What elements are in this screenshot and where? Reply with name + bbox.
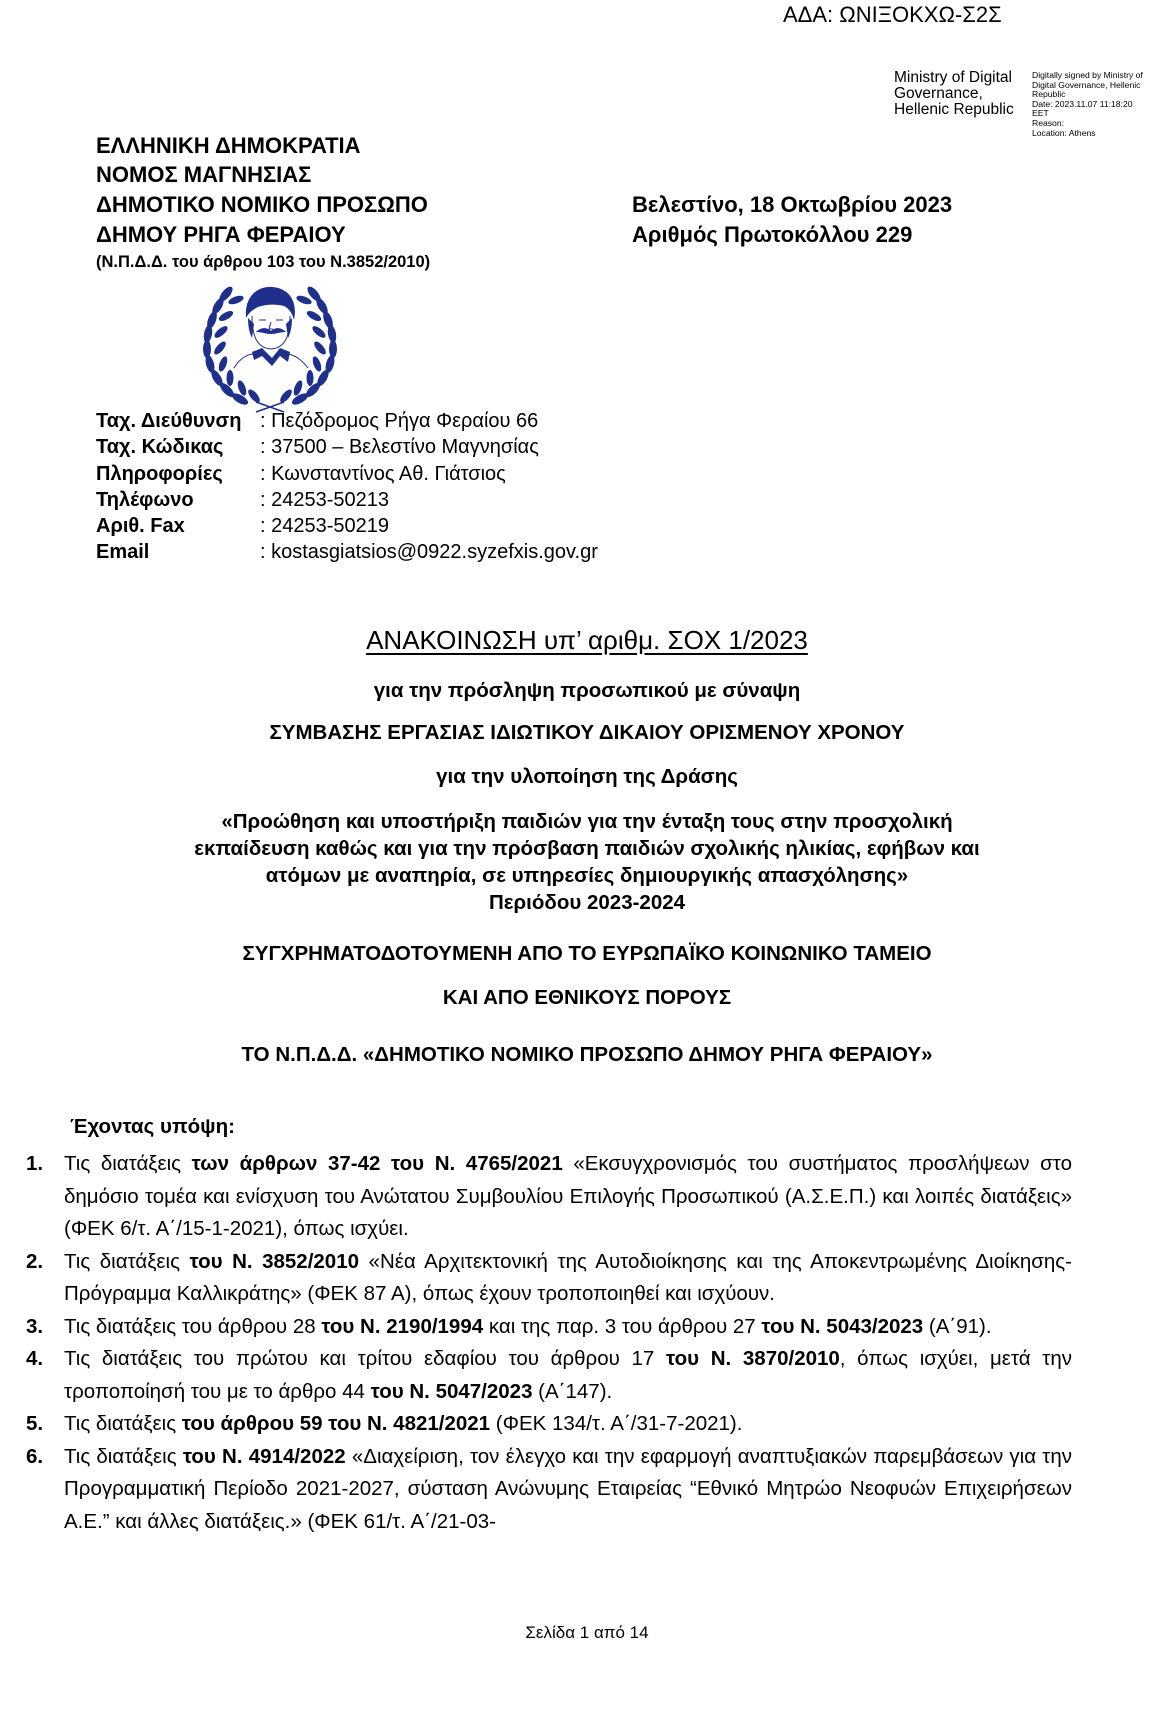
list-item-number: 5. [26, 1408, 64, 1441]
announcement-line: ΣΥΜΒΑΣΗΣ ΕΡΓΑΣΙΑΣ ΙΔΙΩΤΙΚΟΥ ΔΙΚΑΙΟΥ ΟΡΙΣ… [0, 721, 1174, 745]
contact-block: Ταχ. Διεύθυνση : Πεζόδρομος Ρήγα Φεραίου… [96, 408, 598, 566]
list-item-number: 2. [26, 1246, 64, 1311]
considering-heading: Έχοντας υπόψη: [70, 1115, 235, 1139]
header-line: ΔΗΜΟΤΙΚΟ ΝΟΜΙΚΟ ΠΡΟΣΩΠΟ [96, 192, 428, 218]
announcement-title: ΑΝΑΚΟΙΝΩΣΗ υπ’ αριθμ. ΣΟΧ 1/2023 [0, 625, 1174, 656]
contact-label: Πληροφορίες [96, 461, 260, 487]
signature-details: Digitally signed by Ministry of Digital … [1032, 71, 1143, 138]
contact-label: Email [96, 539, 260, 565]
project-title: «Προώθηση και υποστήριξη παιδιών για την… [0, 808, 1174, 916]
protocol-number: Αριθμός Πρωτοκόλλου 229 [632, 222, 912, 248]
list-item: 2.Τις διατάξεις του Ν. 3852/2010 «Νέα Αρ… [26, 1246, 1072, 1311]
contact-value: : 24253-50219 [260, 513, 389, 539]
project-title-line: εκπαίδευση καθώς και για την πρόσβαση πα… [0, 835, 1174, 862]
project-title-line: «Προώθηση και υποστήριξη παιδιών για την… [0, 808, 1174, 835]
announcement-title-text: ΑΝΑΚΟΙΝΩΣΗ υπ’ αριθμ. ΣΟΧ 1/2023 [366, 625, 808, 655]
list-item-text: Τις διατάξεις των άρθρων 37-42 του Ν. 47… [64, 1148, 1072, 1246]
contact-label: Ταχ. Διεύθυνση [96, 408, 260, 434]
laurel-portrait-icon [196, 276, 344, 414]
announcement-line: για την πρόσληψη προσωπικού με σύναψη [0, 679, 1174, 703]
ada-code: ΑΔΑ: ΩΝΙΞΟΚΧΩ-Σ2Σ [783, 2, 1002, 28]
list-item-text: Τις διατάξεις του Ν. 3852/2010 «Νέα Αρχι… [64, 1246, 1072, 1311]
contact-row-address: Ταχ. Διεύθυνση : Πεζόδρομος Ρήγα Φεραίου… [96, 408, 598, 434]
header-line: ΝΟΜΟΣ ΜΑΓΝΗΣΙΑΣ [96, 162, 311, 188]
contact-row-phone: Τηλέφωνο : 24253-50213 [96, 487, 598, 513]
contact-label: Τηλέφωνο [96, 487, 260, 513]
project-title-line: ατόμων με αναπηρία, σε υπηρεσίες δημιουρ… [0, 862, 1174, 889]
list-item: 5.Τις διατάξεις του άρθρου 59 του Ν. 482… [26, 1408, 1072, 1441]
list-item-text: Τις διατάξεις του άρθρου 28 του Ν. 2190/… [64, 1311, 1072, 1344]
page-footer: Σελίδα 1 από 14 [0, 1623, 1174, 1643]
contact-label: Αριθ. Fax [96, 513, 260, 539]
list-item-number: 1. [26, 1148, 64, 1246]
list-item: 6.Τις διατάξεις του Ν. 4914/2022 «Διαχεί… [26, 1441, 1072, 1539]
signature-detail-line: Location: Athens [1032, 129, 1143, 139]
project-period: Περιόδου 2023-2024 [0, 889, 1174, 916]
contact-row-email: Email : kostasgiatsios@0922.syzefxis.gov… [96, 539, 598, 565]
contact-value: : 37500 – Βελεστίνο Μαγνησίας [260, 434, 539, 460]
contact-email-link[interactable]: : kostasgiatsios@0922.syzefxis.gov.gr [260, 539, 598, 565]
header-line: ΕΛΛΗΝΙΚΗ ΔΗΜΟΚΡΑΤΙΑ [96, 133, 361, 159]
list-item-number: 3. [26, 1311, 64, 1344]
list-item: 3.Τις διατάξεις του άρθρου 28 του Ν. 219… [26, 1311, 1072, 1344]
header-line: ΔΗΜΟΥ ΡΗΓΑ ΦΕΡΑΙΟΥ [96, 222, 346, 248]
contact-row-info: Πληροφορίες : Κωνσταντίνος Αθ. Γιάτσιος [96, 461, 598, 487]
list-item-number: 4. [26, 1343, 64, 1408]
funding-line: ΣΥΓΧΡΗΜΑΤΟΔΟΤΟΥΜΕΝΗ ΑΠΟ ΤΟ ΕΥΡΩΠΑΪΚΟ ΚΟΙ… [0, 942, 1174, 966]
considering-list: 1.Τις διατάξεις των άρθρων 37-42 του Ν. … [26, 1148, 1072, 1538]
contact-value: : Κωνσταντίνος Αθ. Γιάτσιος [260, 461, 506, 487]
list-item-text: Τις διατάξεις του πρώτου και τρίτου εδαφ… [64, 1343, 1072, 1408]
header-legal-note: (Ν.Π.Δ.Δ. του άρθρου 103 του Ν.3852/2010… [96, 253, 430, 272]
municipality-logo [196, 276, 344, 414]
issuer-line: ΤΟ Ν.Π.Δ.Δ. «ΔΗΜΟΤΙΚΟ ΝΟΜΙΚΟ ΠΡΟΣΩΠΟ ΔΗΜ… [0, 1043, 1174, 1067]
signature-name-line: Ministry of Digital [894, 70, 1014, 86]
contact-value: : 24253-50213 [260, 487, 389, 513]
list-item-text: Τις διατάξεις του Ν. 4914/2022 «Διαχείρι… [64, 1441, 1072, 1539]
list-item: 4.Τις διατάξεις του πρώτου και τρίτου εδ… [26, 1343, 1072, 1408]
document-date: Βελεστίνο, 18 Οκτωβρίου 2023 [632, 192, 952, 218]
announcement-line: για την υλοποίηση της Δράσης [0, 765, 1174, 789]
contact-row-fax: Αριθ. Fax : 24253-50219 [96, 513, 598, 539]
list-item: 1.Τις διατάξεις των άρθρων 37-42 του Ν. … [26, 1148, 1072, 1246]
list-item-number: 6. [26, 1441, 64, 1539]
contact-row-postcode: Ταχ. Κώδικας : 37500 – Βελεστίνο Μαγνησί… [96, 434, 598, 460]
signature-name: Ministry of Digital Governance, Hellenic… [894, 70, 1014, 118]
signature-name-line: Governance, [894, 86, 1014, 102]
funding-line: ΚΑΙ ΑΠΟ ΕΘΝΙΚΟΥΣ ΠΟΡΟΥΣ [0, 986, 1174, 1010]
contact-value: : Πεζόδρομος Ρήγα Φεραίου 66 [260, 408, 538, 434]
signature-name-line: Hellenic Republic [894, 102, 1014, 118]
contact-label: Ταχ. Κώδικας [96, 434, 260, 460]
list-item-text: Τις διατάξεις του άρθρου 59 του Ν. 4821/… [64, 1408, 1072, 1441]
